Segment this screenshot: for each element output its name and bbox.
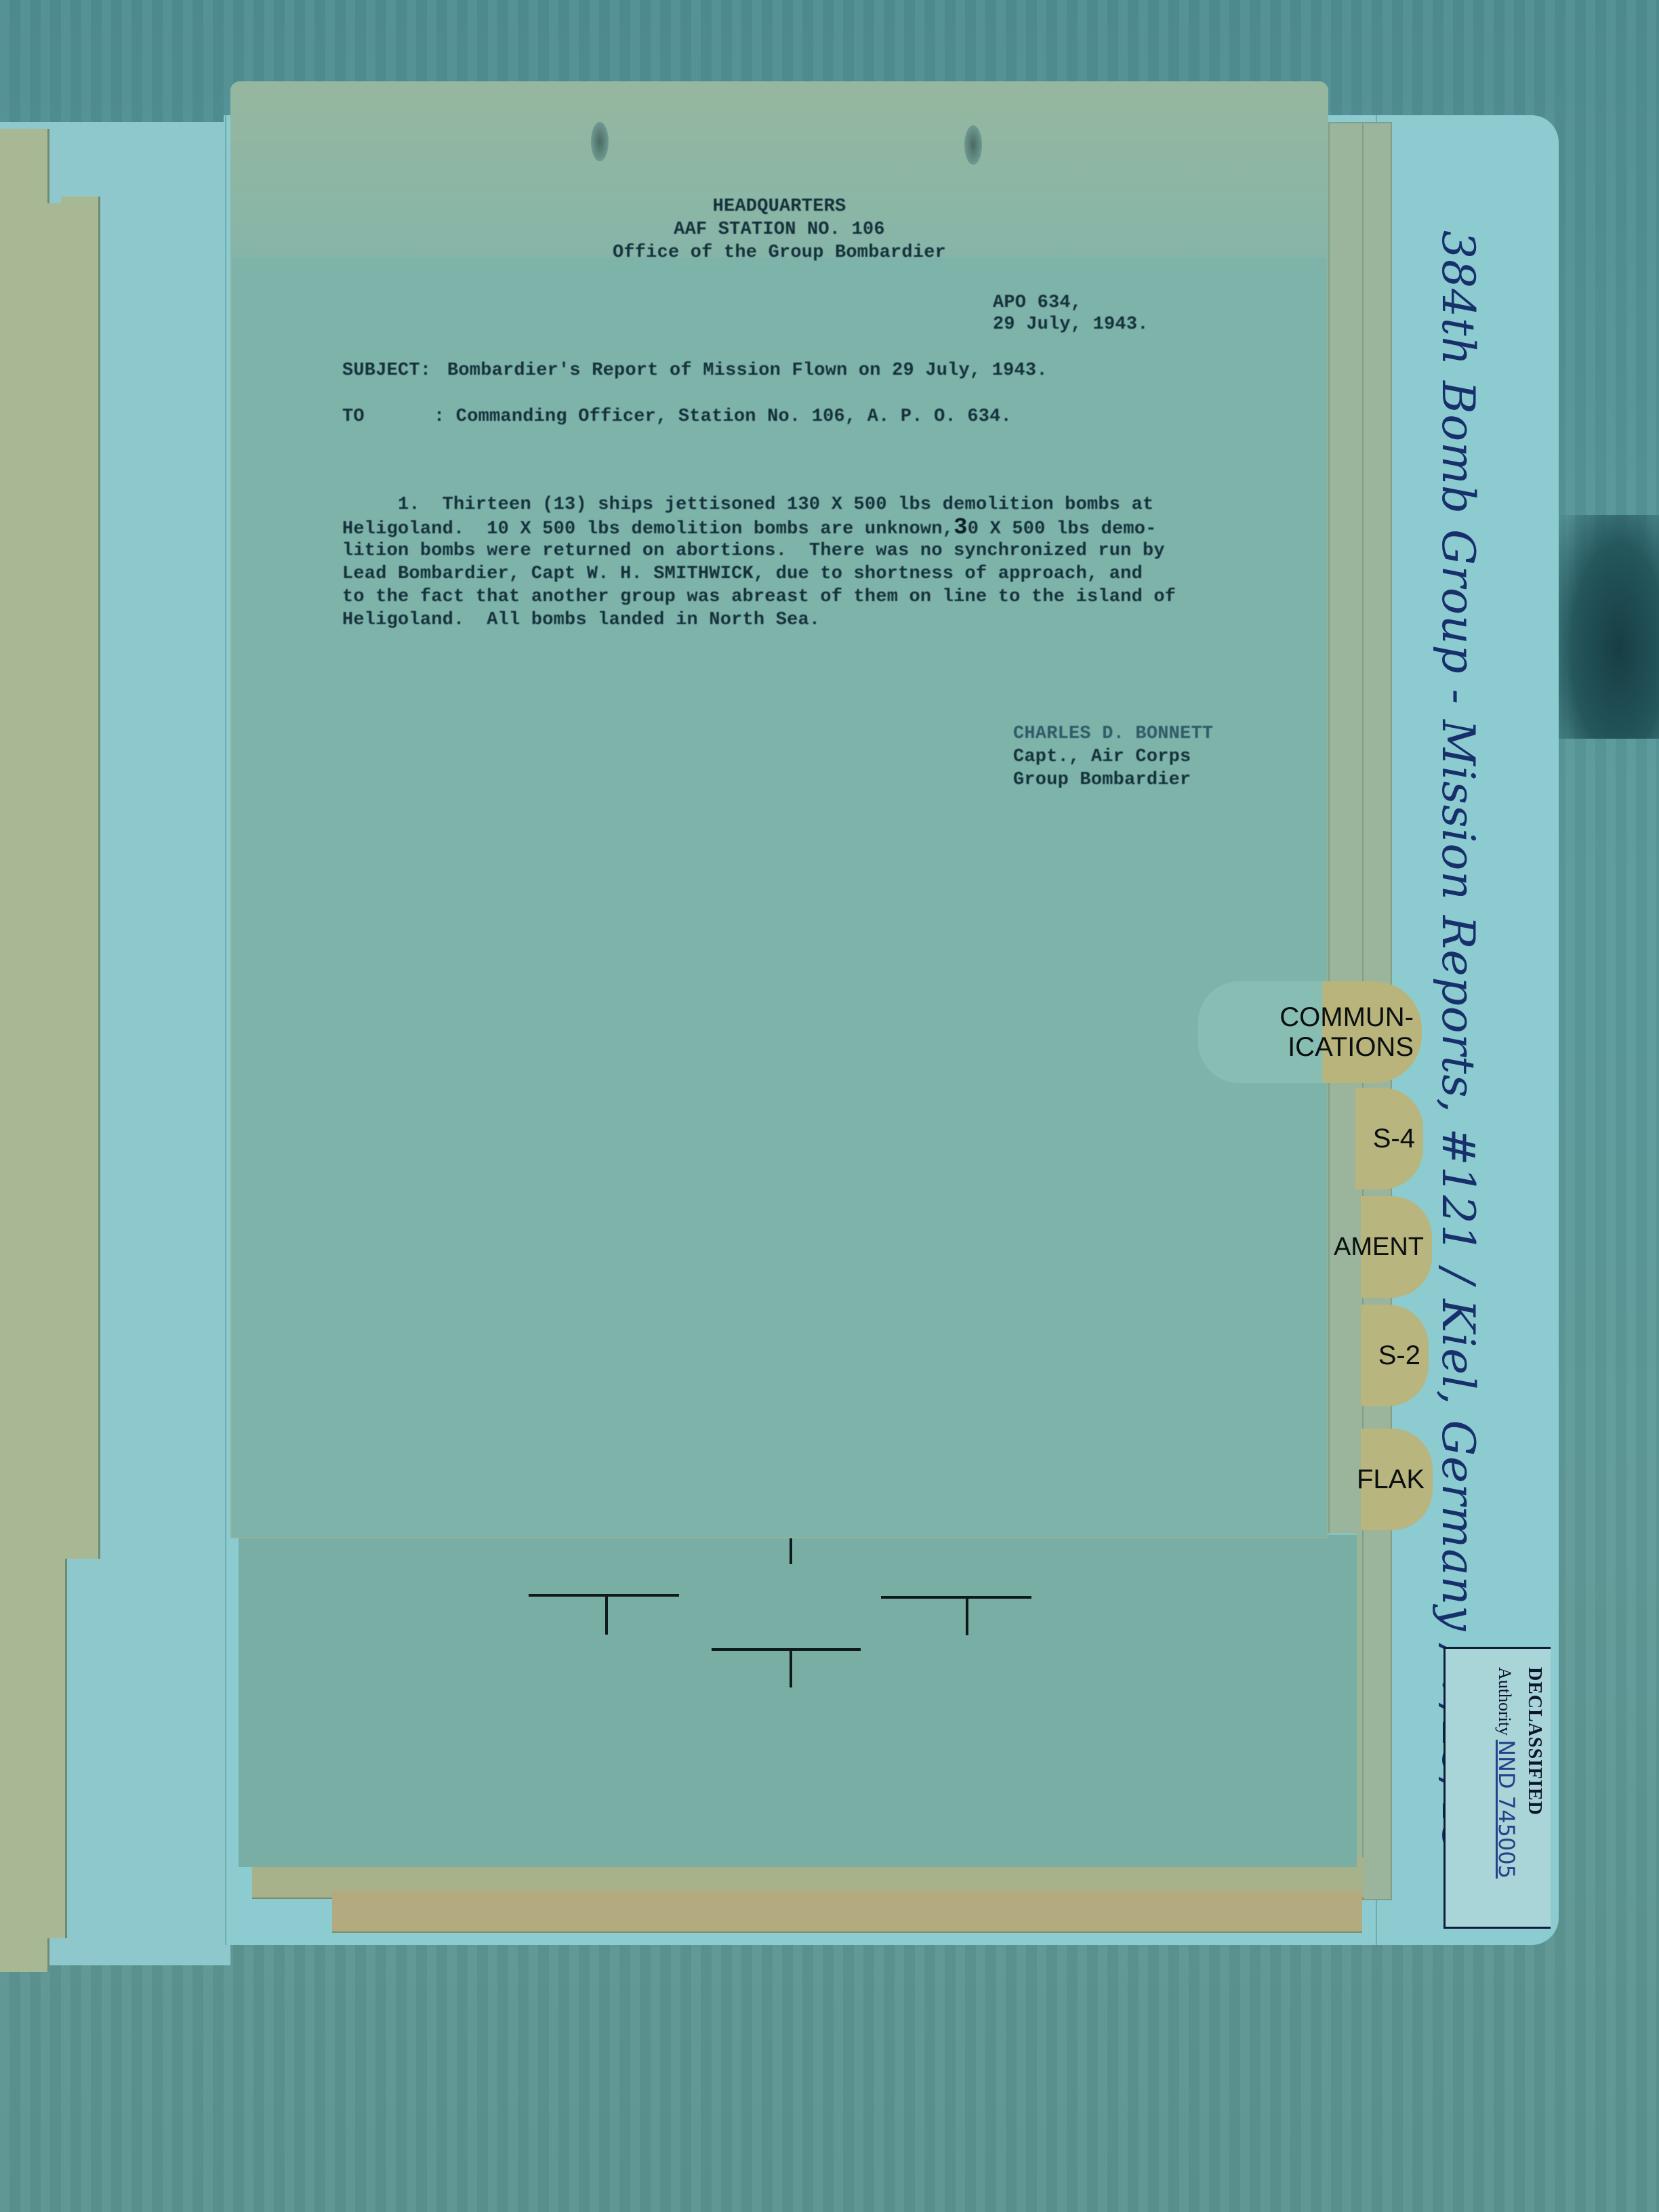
handwritten-folder-note: 384th Bomb Group - Mission Reports, #121… <box>1432 230 1484 1518</box>
body-line: lition bombs were returned on abortions.… <box>342 539 1165 562</box>
registration-mark <box>881 1596 1031 1599</box>
apo-line: APO 634, <box>993 291 1082 314</box>
stamp-authority-value: NND 745005 <box>1494 1740 1519 1879</box>
header-line-1: HEADQUARTERS <box>569 195 989 218</box>
tab-s2[interactable]: S-2 <box>1361 1305 1429 1406</box>
tab-armament[interactable]: AMENT <box>1361 1196 1432 1298</box>
table-dark-patch <box>1559 515 1659 739</box>
body-line-text: Heligoland. 10 X 500 lbs demolition bomb… <box>342 519 954 539</box>
tab-label: FLAK <box>1357 1465 1425 1495</box>
stamp-title: DECLASSIFIED <box>1523 1667 1545 1938</box>
bottom-sheet <box>332 1891 1362 1933</box>
body-line: 1. Thirteen (13) ships jettisoned 130 X … <box>342 493 1153 516</box>
tab-label: S-4 <box>1373 1124 1415 1154</box>
folder-crease <box>225 115 226 1945</box>
header-line-3: Office of the Group Bombardier <box>569 241 989 264</box>
handwritten-correction: 3 <box>954 515 968 541</box>
to-label: TO <box>342 405 365 428</box>
registration-mark <box>712 1648 861 1651</box>
signature-rank: Capt., Air Corps <box>1013 745 1191 769</box>
left-stack-sheet <box>61 197 100 1559</box>
tab-label: COMMUN- <box>1279 1002 1414 1032</box>
registration-mark <box>966 1596 968 1635</box>
punch-hole <box>964 125 982 165</box>
header-line-2: AAF STATION NO. 106 <box>569 218 989 241</box>
tab-label: AMENT <box>1334 1233 1424 1262</box>
body-line: Lead Bombardier, Capt W. H. SMITHWICK, d… <box>342 562 1143 586</box>
declassified-stamp-text: DECLASSIFIED AuthorityNND 745005 <box>1443 1667 1545 1938</box>
body-line: Heligoland. All bombs landed in North Se… <box>342 609 820 632</box>
tab-communications[interactable]: COMMUN- ICATIONS <box>1198 981 1422 1083</box>
body-line: to the fact that another group was abrea… <box>342 586 1176 609</box>
lower-sheet <box>239 1533 1357 1867</box>
body-line: Heligoland. 10 X 500 lbs demolition bomb… <box>342 516 1157 541</box>
subject-text: Bombardier's Report of Mission Flown on … <box>447 359 1048 382</box>
stamp-authority: AuthorityNND 745005 <box>1494 1667 1519 1938</box>
to-text: : Commanding Officer, Station No. 106, A… <box>434 405 1012 428</box>
signature-name: CHARLES D. BONNETT <box>1013 722 1213 745</box>
subject-label: SUBJECT: <box>342 359 431 382</box>
tab-s4[interactable]: S-4 <box>1355 1088 1423 1189</box>
registration-mark <box>529 1594 679 1597</box>
punch-hole <box>591 122 609 161</box>
registration-mark <box>605 1594 608 1635</box>
typed-report-page <box>230 81 1328 1538</box>
tab-label: S-2 <box>1378 1340 1420 1371</box>
date-line: 29 July, 1943. <box>993 313 1149 336</box>
tab-label: ICATIONS <box>1288 1032 1414 1062</box>
tab-flak[interactable]: FLAK <box>1361 1429 1433 1530</box>
registration-mark <box>790 1648 792 1687</box>
body-line-tail: 0 X 500 lbs demo- <box>968 519 1157 539</box>
stamp-authority-label: Authority <box>1495 1667 1515 1736</box>
signature-title: Group Bombardier <box>1013 769 1191 792</box>
